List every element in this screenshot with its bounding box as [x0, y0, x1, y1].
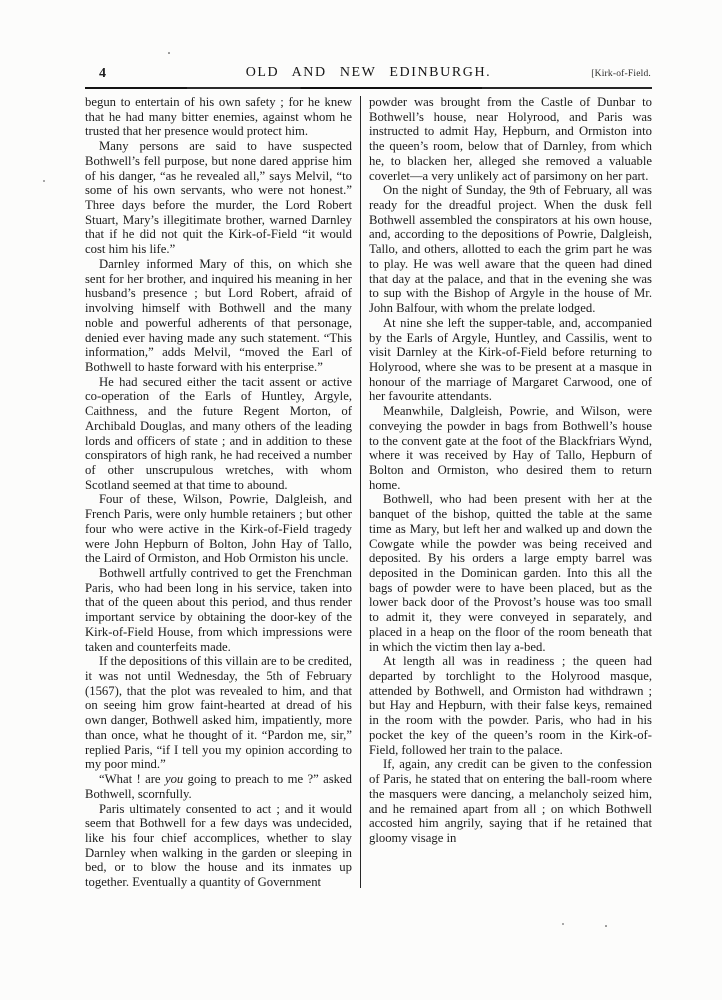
paragraph: powder was brought from the Castle of Du…: [369, 95, 652, 183]
page-number: 4: [99, 66, 107, 82]
scan-speck: [168, 52, 170, 54]
paragraph: Bothwell, who had been present with her …: [369, 492, 652, 654]
paragraph: Darnley informed Mary of this, on which …: [85, 257, 352, 375]
running-title: OLD AND NEW EDINBURGH.: [85, 63, 652, 81]
book-page: 4 OLD AND NEW EDINBURGH. [Kirk-of-Field.…: [0, 0, 722, 1000]
paragraph: If the depositions of this villain are t…: [85, 654, 352, 772]
paragraph: “What ! are you going to preach to me ?”…: [85, 772, 352, 801]
paragraph: begun to entertain of his own safety ; f…: [85, 95, 352, 139]
scan-speck: [562, 923, 564, 925]
scan-speck: [618, 340, 620, 342]
page-header: 4 OLD AND NEW EDINBURGH. [Kirk-of-Field.: [85, 63, 652, 85]
column-divider: [360, 96, 361, 888]
corner-note: [Kirk-of-Field.: [591, 69, 651, 79]
left-column: begun to entertain of his own safety ; f…: [85, 95, 352, 890]
paragraph: Bothwell artfully contrived to get the F…: [85, 566, 352, 654]
paragraph: Paris ultimately consented to act ; and …: [85, 802, 352, 890]
text-columns: begun to entertain of his own safety ; f…: [85, 95, 652, 890]
paragraph: Many persons are said to have suspected …: [85, 139, 352, 257]
scan-speck: [605, 925, 607, 927]
header-rule: [85, 87, 652, 89]
paragraph: Meanwhile, Dalgleish, Powrie, and Wilson…: [369, 404, 652, 492]
paragraph: At nine she left the supper-table, and, …: [369, 316, 652, 404]
scan-speck: [498, 101, 500, 103]
paragraph: He had secured either the tacit assent o…: [85, 375, 352, 493]
paragraph: If, again, any credit can be given to th…: [369, 757, 652, 845]
right-column: powder was brought from the Castle of Du…: [369, 95, 652, 890]
paragraph: On the night of Sunday, the 9th of Febru…: [369, 183, 652, 315]
paragraph: Four of these, Wilson, Powrie, Dalgleish…: [85, 492, 352, 566]
scan-speck: [43, 180, 45, 182]
paragraph: At length all was in readiness ; the que…: [369, 654, 652, 757]
